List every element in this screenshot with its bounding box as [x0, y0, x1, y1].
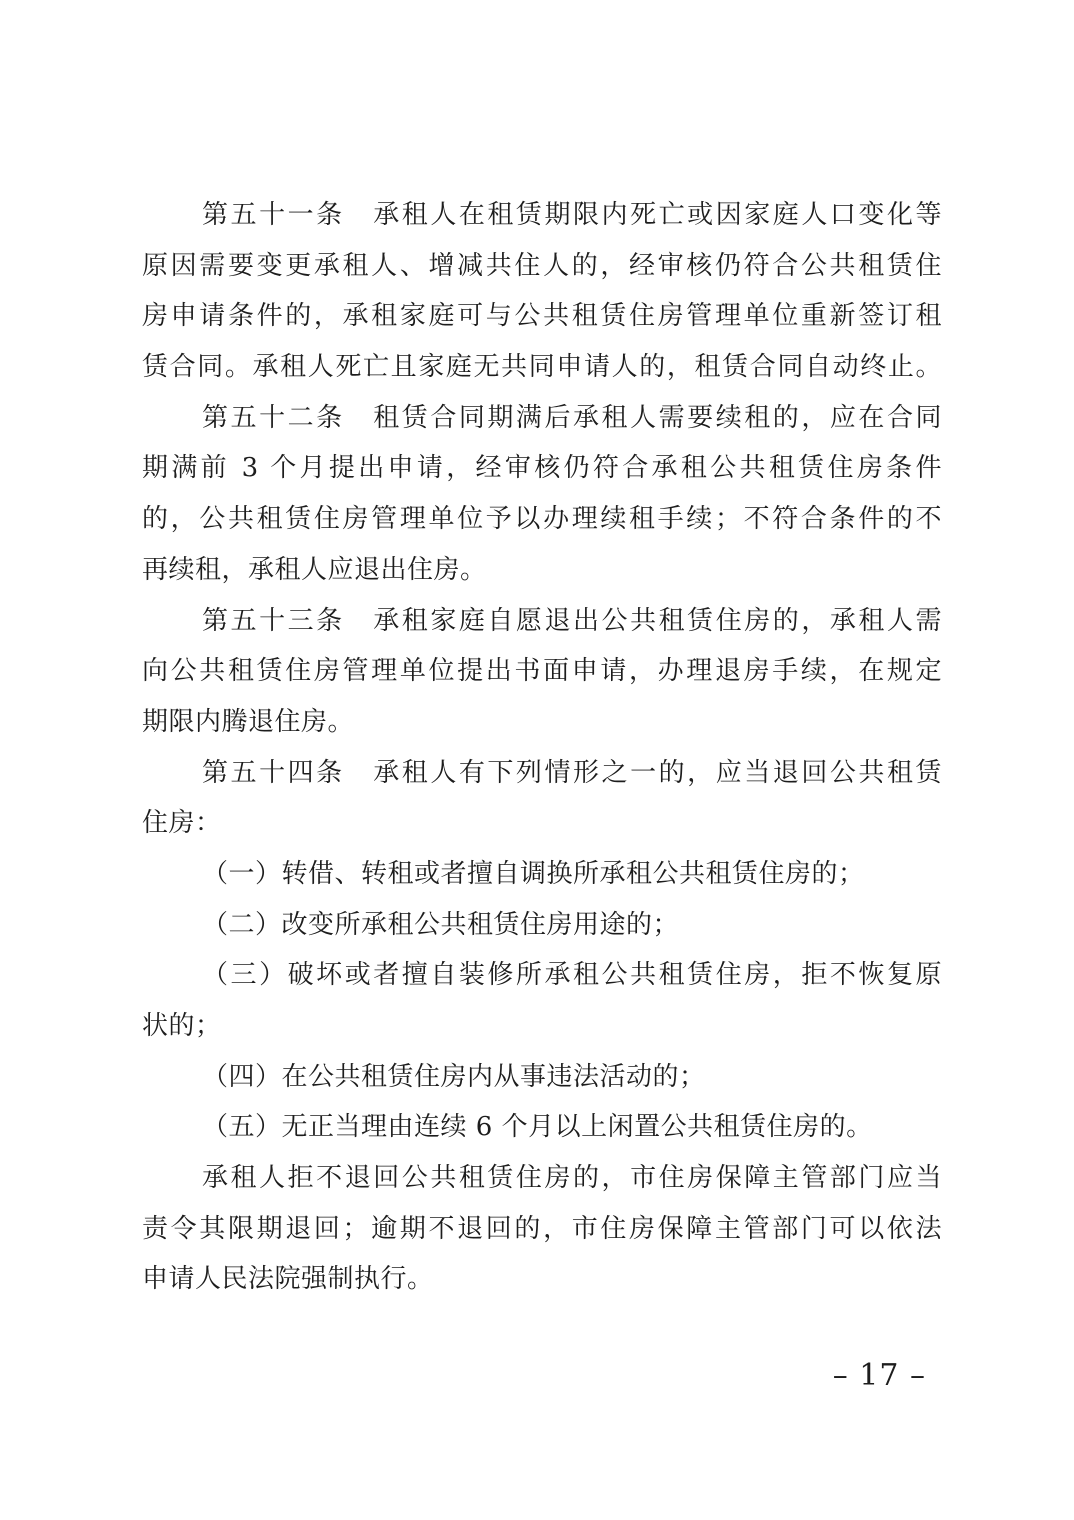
- text-line: （五）无正当理由连续 6 个月以上闲置公共租赁住房的。: [142, 1102, 942, 1153]
- paragraph: 承租人拒不退回公共租赁住房的，市住房保障主管部门应当责令其限期退回；逾期不退回的…: [142, 1153, 942, 1305]
- paragraph: （四）在公共租赁住房内从事违法活动的；: [142, 1052, 942, 1103]
- text-line: 第五十四条 承租人有下列情形之一的，应当退回公共租赁: [142, 748, 942, 799]
- text-line: 期限内腾退住房。: [142, 697, 942, 748]
- text-line: 申请人民法院强制执行。: [142, 1254, 942, 1305]
- text-line: 房申请条件的，承租家庭可与公共租赁住房管理单位重新签订租: [142, 291, 942, 342]
- paragraph: 第五十二条 租赁合同期满后承租人需要续租的，应在合同期满前 3 个月提出申请，经…: [142, 393, 942, 596]
- document-body: 第五十一条 承租人在租赁期限内死亡或因家庭人口变化等原因需要变更承租人、增减共住…: [142, 190, 942, 1305]
- text-line: 第五十一条 承租人在租赁期限内死亡或因家庭人口变化等: [142, 190, 942, 241]
- page-number: – 17 –: [833, 1356, 926, 1396]
- paragraph: （二）改变所承租公共租赁住房用途的；: [142, 900, 942, 951]
- text-line: 的，公共租赁住房管理单位予以办理续租手续；不符合条件的不: [142, 494, 942, 545]
- text-line: 第五十三条 承租家庭自愿退出公共租赁住房的，承租人需: [142, 596, 942, 647]
- text-line: 再续租，承租人应退出住房。: [142, 545, 942, 596]
- paragraph: （一）转借、转租或者擅自调换所承租公共租赁住房的；: [142, 849, 942, 900]
- paragraph: 第五十四条 承租人有下列情形之一的，应当退回公共租赁住房：: [142, 748, 942, 849]
- text-line: 向公共租赁住房管理单位提出书面申请，办理退房手续，在规定: [142, 646, 942, 697]
- text-line: 期满前 3 个月提出申请，经审核仍符合承租公共租赁住房条件: [142, 443, 942, 494]
- text-line: 承租人拒不退回公共租赁住房的，市住房保障主管部门应当: [142, 1153, 942, 1204]
- text-line: 赁合同。承租人死亡且家庭无共同申请人的，租赁合同自动终止。: [142, 342, 942, 393]
- paragraph: 第五十三条 承租家庭自愿退出公共租赁住房的，承租人需向公共租赁住房管理单位提出书…: [142, 596, 942, 748]
- document-page: 第五十一条 承租人在租赁期限内死亡或因家庭人口变化等原因需要变更承租人、增减共住…: [0, 0, 1074, 1520]
- text-line: （一）转借、转租或者擅自调换所承租公共租赁住房的；: [142, 849, 942, 900]
- text-line: 责令其限期退回；逾期不退回的，市住房保障主管部门可以依法: [142, 1204, 942, 1255]
- text-line: （三）破坏或者擅自装修所承租公共租赁住房，拒不恢复原: [142, 950, 942, 1001]
- text-line: 第五十二条 租赁合同期满后承租人需要续租的，应在合同: [142, 393, 942, 444]
- paragraph: （五）无正当理由连续 6 个月以上闲置公共租赁住房的。: [142, 1102, 942, 1153]
- paragraph: 第五十一条 承租人在租赁期限内死亡或因家庭人口变化等原因需要变更承租人、增减共住…: [142, 190, 942, 393]
- text-line: 住房：: [142, 798, 942, 849]
- paragraph: （三）破坏或者擅自装修所承租公共租赁住房，拒不恢复原状的；: [142, 950, 942, 1051]
- text-line: 原因需要变更承租人、增减共住人的，经审核仍符合公共租赁住: [142, 241, 942, 292]
- text-line: （四）在公共租赁住房内从事违法活动的；: [142, 1052, 942, 1103]
- text-line: 状的；: [142, 1001, 942, 1052]
- text-line: （二）改变所承租公共租赁住房用途的；: [142, 900, 942, 951]
